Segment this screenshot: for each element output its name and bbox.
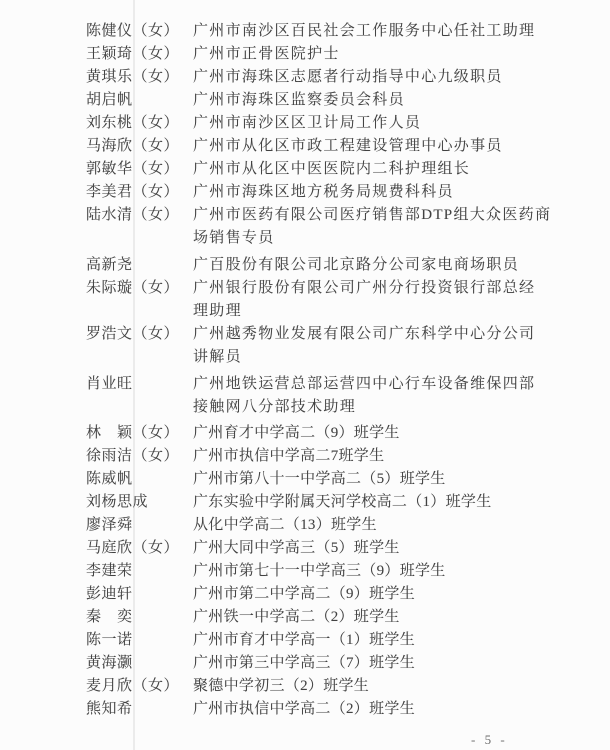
person-affiliation: 广州市育才中学高一（1）班学生 (193, 629, 585, 652)
list-item: 徐雨洁（女）广州市执信中学高二7班学生 (86, 445, 585, 468)
person-affiliation: 广州银行股份有限公司广州分行投资银行部总经 理助理 (193, 277, 585, 323)
honoree-list: 陈健仪（女）广州市南沙区百民社会工作服务中心任社工助理王颖琦（女）广州市正骨医院… (86, 20, 585, 721)
list-item: 熊知希广州市执信中学高二（2）班学生 (86, 698, 585, 721)
list-item: 黄海灏广州市第三中学高三（7）班学生 (86, 652, 585, 675)
person-name: 林 颖（女） (86, 422, 193, 445)
person-name: 刘杨思成 (86, 491, 193, 514)
person-name: 马海欣（女） (86, 135, 193, 158)
person-name: 郭敏华（女） (86, 158, 193, 181)
person-affiliation: 广州市海珠区监察委员会科员 (193, 89, 585, 112)
list-item: 马海欣（女）广州市从化区市政工程建设管理中心办事员 (86, 135, 585, 158)
honoree-section: 陈健仪（女）广州市南沙区百民社会工作服务中心任社工助理王颖琦（女）广州市正骨医院… (86, 20, 585, 419)
person-affiliation: 广州市从化区市政工程建设管理中心办事员 (193, 135, 585, 158)
person-affiliation: 从化中学高二（13）班学生 (193, 514, 585, 537)
list-item: 李建荣广州市第七十一中学高三（9）班学生 (86, 560, 585, 583)
list-item: 王颖琦（女）广州市正骨医院护士 (86, 43, 585, 66)
list-item: 陆水清（女）广州市医药有限公司医疗销售部DTP组大众医药商 场销售专员 (86, 204, 585, 250)
person-affiliation: 广东实验中学附属天河学校高二（1）班学生 (193, 491, 585, 514)
person-name: 熊知希 (86, 698, 193, 721)
list-item: 胡启帆广州市海珠区监察委员会科员 (86, 89, 585, 112)
person-name: 陈健仪（女） (86, 20, 193, 43)
person-affiliation: 广州市海珠区地方税务局规费科科员 (193, 181, 585, 204)
person-affiliation: 广州市第三中学高三（7）班学生 (193, 652, 585, 675)
person-affiliation: 广州市执信中学高二7班学生 (193, 445, 585, 468)
person-affiliation: 广州市海珠区志愿者行动指导中心九级职员 (193, 66, 585, 89)
person-name: 陈一诺 (86, 629, 193, 652)
person-affiliation: 广州市执信中学高二（2）班学生 (193, 698, 585, 721)
person-affiliation: 广州市南沙区百民社会工作服务中心任社工助理 (193, 20, 585, 43)
list-item: 秦 奕广州铁一中学高二（2）班学生 (86, 606, 585, 629)
person-name: 廖泽舜 (86, 514, 193, 537)
student-section: 林 颖（女）广州育才中学高二（9）班学生徐雨洁（女）广州市执信中学高二7班学生陈… (86, 422, 585, 721)
person-affiliation: 广州大同中学高三（5）班学生 (193, 537, 585, 560)
person-affiliation: 广州市第八十一中学高二（5）班学生 (193, 468, 585, 491)
person-name: 陈威帆 (86, 468, 193, 491)
list-item: 麦月欣（女）聚德中学初三（2）班学生 (86, 675, 585, 698)
person-name: 肖业旺 (86, 373, 193, 396)
person-affiliation: 广州越秀物业发展有限公司广东科学中心分公司 讲解员 (193, 323, 585, 369)
list-item: 陈健仪（女）广州市南沙区百民社会工作服务中心任社工助理 (86, 20, 585, 43)
person-name: 胡启帆 (86, 89, 193, 112)
person-affiliation: 广州市正骨医院护士 (193, 43, 585, 66)
list-item: 林 颖（女）广州育才中学高二（9）班学生 (86, 422, 585, 445)
person-name: 王颖琦（女） (86, 43, 193, 66)
person-name: 罗浩文（女） (86, 323, 193, 346)
person-name: 刘东桃（女） (86, 112, 193, 135)
person-affiliation: 聚德中学初三（2）班学生 (193, 675, 585, 698)
person-name: 李美君（女） (86, 181, 193, 204)
list-item: 陈一诺广州市育才中学高一（1）班学生 (86, 629, 585, 652)
document-page: 陈健仪（女）广州市南沙区百民社会工作服务中心任社工助理王颖琦（女）广州市正骨医院… (0, 0, 610, 750)
person-name: 高新尧 (86, 254, 193, 277)
person-affiliation: 广州市医药有限公司医疗销售部DTP组大众医药商 场销售专员 (193, 204, 585, 250)
person-name: 秦 奕 (86, 606, 193, 629)
person-affiliation: 广州市第七十一中学高三（9）班学生 (193, 560, 585, 583)
page-number: - 5 - (471, 732, 508, 748)
person-affiliation: 广州地铁运营总部运营四中心行车设备维保四部 接触网八分部技术助理 (193, 373, 585, 419)
person-name: 徐雨洁（女） (86, 445, 193, 468)
person-affiliation: 广州市从化区中医医院内二科护理组长 (193, 158, 585, 181)
list-item: 刘杨思成广东实验中学附属天河学校高二（1）班学生 (86, 491, 585, 514)
person-name: 黄海灏 (86, 652, 193, 675)
person-name: 彭迪轩 (86, 583, 193, 606)
person-affiliation: 广州市南沙区区卫计局工作人员 (193, 112, 585, 135)
list-item: 李美君（女）广州市海珠区地方税务局规费科科员 (86, 181, 585, 204)
list-item: 彭迪轩广州市第二中学高二（9）班学生 (86, 583, 585, 606)
person-name: 马庭欣（女） (86, 537, 193, 560)
list-item: 高新尧广百股份有限公司北京路分公司家电商场职员 (86, 254, 585, 277)
list-item: 陈威帆广州市第八十一中学高二（5）班学生 (86, 468, 585, 491)
list-item: 朱际璇（女）广州银行股份有限公司广州分行投资银行部总经 理助理 (86, 277, 585, 323)
list-item: 廖泽舜从化中学高二（13）班学生 (86, 514, 585, 537)
person-name: 李建荣 (86, 560, 193, 583)
person-name: 黄琪乐（女） (86, 66, 193, 89)
person-name: 麦月欣（女） (86, 675, 193, 698)
list-item: 黄琪乐（女）广州市海珠区志愿者行动指导中心九级职员 (86, 66, 585, 89)
list-item: 罗浩文（女）广州越秀物业发展有限公司广东科学中心分公司 讲解员 (86, 323, 585, 369)
list-item: 郭敏华（女）广州市从化区中医医院内二科护理组长 (86, 158, 585, 181)
person-affiliation: 广州育才中学高二（9）班学生 (193, 422, 585, 445)
person-affiliation: 广百股份有限公司北京路分公司家电商场职员 (193, 254, 585, 277)
list-item: 肖业旺广州地铁运营总部运营四中心行车设备维保四部 接触网八分部技术助理 (86, 373, 585, 419)
list-item: 刘东桃（女）广州市南沙区区卫计局工作人员 (86, 112, 585, 135)
person-name: 陆水清（女） (86, 204, 193, 227)
person-name: 朱际璇（女） (86, 277, 193, 300)
person-affiliation: 广州市第二中学高二（9）班学生 (193, 583, 585, 606)
list-item: 马庭欣（女）广州大同中学高三（5）班学生 (86, 537, 585, 560)
person-affiliation: 广州铁一中学高二（2）班学生 (193, 606, 585, 629)
